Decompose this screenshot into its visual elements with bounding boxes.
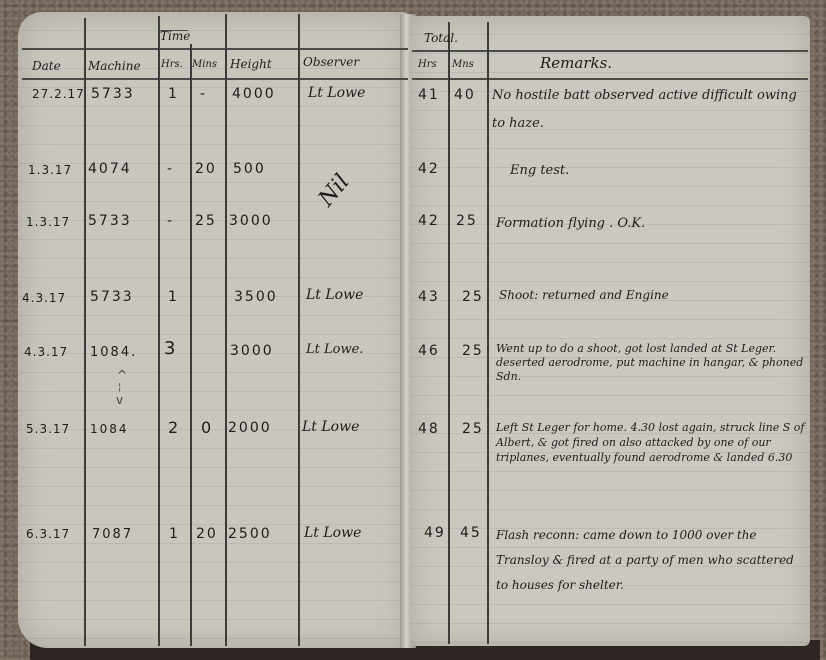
row-5-mins: 0 bbox=[201, 420, 213, 436]
row-2-hrs: - bbox=[167, 214, 174, 228]
right-header-bottom-rule bbox=[412, 78, 808, 80]
row-3-total-mins: 25 bbox=[462, 290, 484, 304]
row-0-remarks: No hostile batt observed active difficul… bbox=[492, 82, 804, 138]
row-3-remarks: Shoot: returned and Engine bbox=[499, 286, 779, 304]
row-4-date: 4.3.17 bbox=[24, 346, 68, 358]
row-5-total-hrs: 48 bbox=[418, 422, 440, 436]
row-3-total-hrs: 43 bbox=[418, 290, 440, 304]
row-1-mins: 20 bbox=[195, 162, 217, 176]
header-total-hrs: Hrs bbox=[418, 60, 437, 70]
col-rule-machine-hrs bbox=[158, 16, 160, 646]
header-machine: Machine bbox=[88, 60, 141, 72]
row-2-mins: 25 bbox=[195, 214, 217, 228]
row-0-height: 4000 bbox=[232, 87, 276, 101]
row-1-machine: 4074 bbox=[88, 162, 132, 176]
row-3-hrs: 1 bbox=[168, 290, 179, 304]
row-4-total-mins: 25 bbox=[462, 344, 484, 358]
row-6-height: 2500 bbox=[228, 527, 272, 541]
row-2-total-hrs: 42 bbox=[418, 214, 440, 228]
row-2-machine: 5733 bbox=[88, 214, 132, 228]
row-6-observer: Lt Lowe bbox=[304, 526, 361, 540]
col-rule-mins-remarks bbox=[487, 22, 489, 644]
row-2-date: 1.3.17 bbox=[26, 216, 70, 228]
row-5-height: 2000 bbox=[228, 421, 272, 435]
row-2-remarks: Formation flying . O.K. bbox=[496, 213, 811, 234]
col-rule-height-observer bbox=[298, 14, 300, 646]
row-0-machine: 5733 bbox=[91, 87, 135, 101]
row-4-observer: Lt Lowe. bbox=[306, 343, 363, 356]
header-observer: Observer bbox=[303, 56, 359, 68]
row-6-mins: 20 bbox=[196, 527, 218, 541]
row-0-total-mins: 40 bbox=[454, 88, 476, 102]
up-arrow-icon: ^ bbox=[117, 368, 127, 382]
right-header-top-rule bbox=[412, 50, 808, 52]
down-arrow-icon: v bbox=[116, 393, 123, 407]
row-0-mins: - bbox=[200, 87, 207, 101]
row-3-date: 4.3.17 bbox=[22, 292, 66, 304]
row-3-machine: 5733 bbox=[90, 290, 134, 304]
row-0-observer: Lt Lowe bbox=[308, 86, 365, 100]
left-header-top-rule bbox=[22, 48, 408, 50]
row-4-machine: 1084. bbox=[90, 346, 137, 359]
row-6-total-mins: 45 bbox=[460, 526, 482, 540]
row-4-hrs: 3 bbox=[164, 340, 177, 358]
row-5-remarks: Left St Leger for home. 4.30 lost again,… bbox=[496, 420, 806, 465]
row-2-total-mins: 25 bbox=[456, 214, 478, 228]
col-rule-date-machine bbox=[84, 18, 86, 646]
row-1-date: 1.3.17 bbox=[28, 164, 72, 176]
header-total-group: Total. bbox=[424, 32, 458, 44]
header-mins: Mins bbox=[192, 60, 217, 70]
col-rule-hrs-mins bbox=[190, 44, 192, 646]
row-4-total-hrs: 46 bbox=[418, 344, 440, 358]
row-1-remarks: Eng test. bbox=[510, 160, 825, 181]
header-hrs: Hrs. bbox=[161, 60, 183, 70]
row-5-hrs: 2 bbox=[168, 420, 180, 436]
row-5-total-mins: 25 bbox=[462, 422, 484, 436]
row-6-hrs: 1 bbox=[169, 527, 180, 541]
header-total-mins: Mns bbox=[452, 60, 474, 70]
row-0-date: 27.2.17 bbox=[32, 88, 85, 100]
col-rule-mins-height bbox=[225, 14, 227, 646]
row-4-height: 3000 bbox=[230, 344, 274, 358]
row-6-remarks: Flash reconn: came down to 1000 over the… bbox=[496, 523, 796, 598]
row-1-hrs: - bbox=[167, 162, 174, 176]
row-5-date: 5.3.17 bbox=[26, 423, 70, 435]
vertical-line-icon: ¦ bbox=[118, 382, 121, 393]
row-4-remarks: Went up to do a shoot, got lost landed a… bbox=[496, 342, 806, 384]
header-height: Height bbox=[230, 58, 272, 70]
row-6-total-hrs: 49 bbox=[424, 526, 446, 540]
row-3-observer: Lt Lowe bbox=[306, 288, 363, 302]
row-2-height: 3000 bbox=[229, 214, 273, 228]
left-header-bottom-rule bbox=[22, 78, 408, 80]
header-time-group: Time bbox=[160, 30, 190, 42]
header-remarks: Remarks. bbox=[540, 56, 612, 71]
col-rule-total-hrs-mins bbox=[448, 22, 450, 644]
row-5-observer: Lt Lowe bbox=[302, 420, 359, 434]
row-6-machine: 7087 bbox=[92, 528, 133, 541]
left-page bbox=[18, 12, 408, 648]
row-0-hrs: 1 bbox=[168, 87, 179, 101]
row-5-machine: 1084 bbox=[90, 423, 129, 435]
row-0-total-hrs: 41 bbox=[418, 88, 440, 102]
row-1-total-hrs: 42 bbox=[418, 162, 440, 176]
row-6-date: 6.3.17 bbox=[26, 528, 70, 540]
row-3-height: 3500 bbox=[234, 290, 278, 304]
header-date: Date bbox=[32, 60, 61, 72]
row-1-height: 500 bbox=[233, 162, 266, 176]
